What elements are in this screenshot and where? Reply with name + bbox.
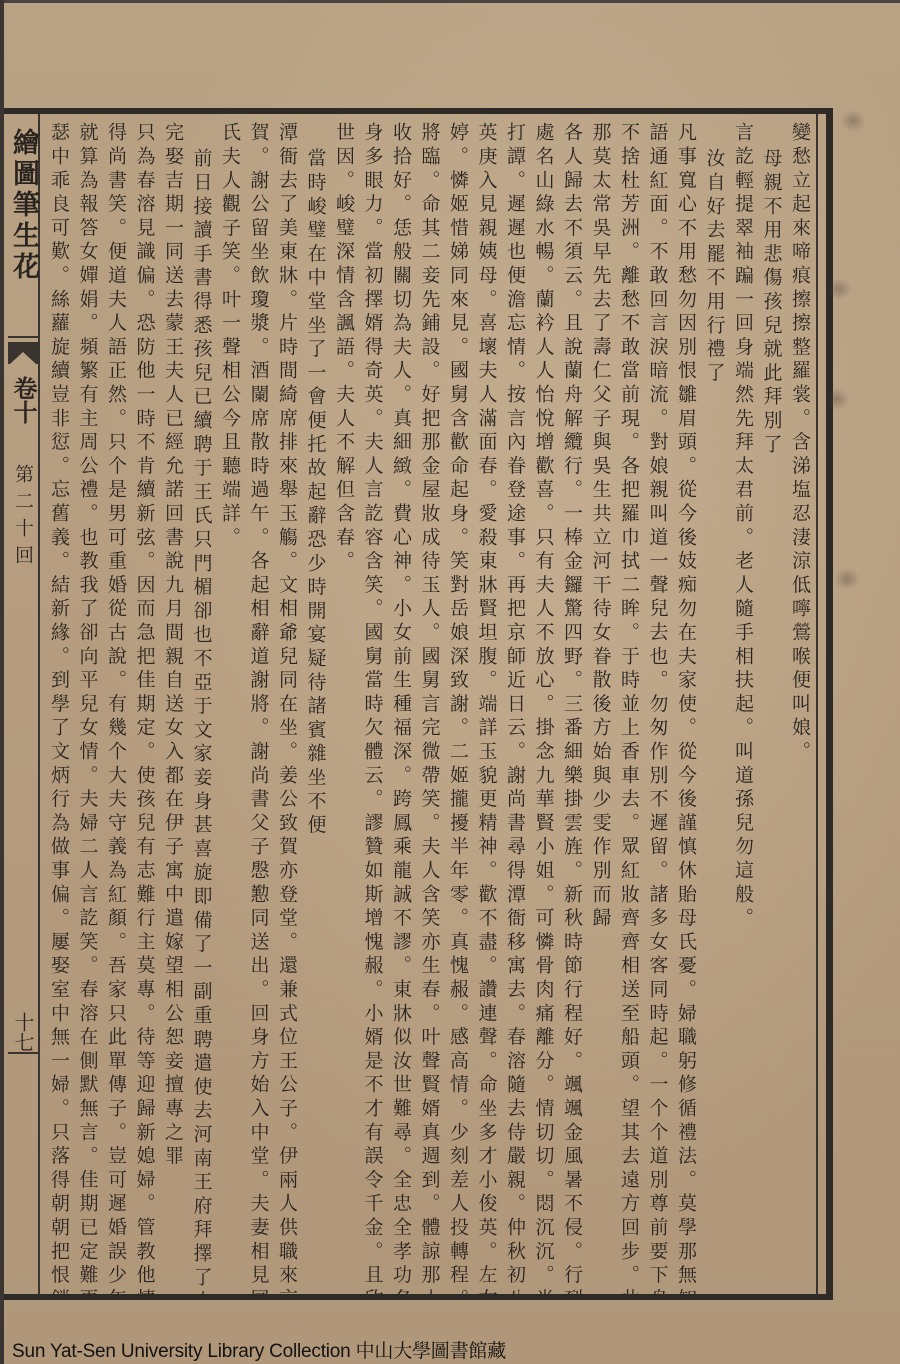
text-column: 變愁立起來啼痕擦擦整羅裳。含涕塩忍淒涼低嚀鶯喉便叫娘。 bbox=[786, 122, 815, 1294]
vertical-text-columns: 變愁立起來啼痕擦擦整羅裳。含涕塩忍淒涼低嚀鶯喉便叫娘。 母親不用悲傷孩兒就此拜別… bbox=[42, 122, 814, 1294]
text-column: 英庚入見親姨母。喜壞夫人滿面春。愛殺東牀賢坦腹。端詳玉貌更精神。歡不盡。讚連聲。… bbox=[472, 122, 501, 1294]
binding-crease bbox=[826, 278, 852, 300]
text-column: 瑟中乖良可歎。絲蘿旋續豈非愆。忘舊義。結新緣。到學了文炳行為做事偏。屢娶室中無一… bbox=[45, 122, 74, 1294]
text-column: 身多眼力。當初擇婿得奇英。夫人言訖容含笑。國舅當時欠體云。謬贊如斯增愧赧。小婿是… bbox=[358, 122, 387, 1294]
text-column: 收拾好。恁般關切為夫人。真細緻。費心神。小女前生種福深。跨鳳乘龍誠不謬。東牀似汝… bbox=[387, 122, 416, 1294]
text-column: 各人歸去不須云。且說蘭舟解纜行。一棒金鑼驚四野。三番細樂掛雲旌。新秋時節行程好。… bbox=[558, 122, 587, 1294]
book-title: 繪圖筆生花 bbox=[8, 128, 38, 283]
text-column: 處名山綠水暢。蘭衿人人怡悅增歡喜。只有夫人不放心。掛念九華賢小姐。可憐骨肉痛離分… bbox=[529, 122, 558, 1294]
text-column: 打譚。遲遲也便澹忘情。按言內眷登途事。再把京師近日云。謝尚書尋得潭衙移寓去。春溶… bbox=[501, 122, 530, 1294]
text-column: 言訖輕提翠袖蹁一回身端然先拜太君前。老人隨手相扶起。叫道孫兒勿這般。 bbox=[729, 122, 758, 1294]
text-column: 前日接讀手書得悉孩兒已續聘于王氏只門楣卻也不亞于文家妾身甚喜旋即備了一副重聘遣使… bbox=[187, 122, 216, 1294]
binding-crease bbox=[834, 568, 860, 590]
fishtail-margin-strip: 繪圖筆生花 卷十 第二十回 十七 bbox=[8, 114, 40, 1294]
text-column: 得尚書笑。便道夫人語正然。只个是男可重婚從古說。有幾个大夫守義為紅顏。吾家只此單… bbox=[102, 122, 131, 1294]
text-column: 語通紅面。不敢回言淚暗流。對娘親叫道一聲兒去也。勿匆作別不遲留。諸多女客同時起。… bbox=[643, 122, 672, 1294]
text-column: 母親不用悲傷孩兒就此拜別了 bbox=[757, 122, 786, 1294]
collection-caption: Sun Yat-Sen University Library Collectio… bbox=[12, 1336, 506, 1363]
text-column: 氏夫人觀子笑。叶一聲相公今且聽端詳。 bbox=[216, 122, 245, 1294]
text-column: 完娶吉期一同送去蒙王夫人已經允諾回書說九月間親自送女入都在伊子寓中遣嫁望相公恕妾… bbox=[159, 122, 188, 1294]
margin-divider bbox=[8, 1052, 38, 1054]
text-column: 不捨杜芳洲。離愁不敢當前現。各把羅巾拭二眸。于時並上香車去。眾紅妝齊齊相送至船頭… bbox=[615, 122, 644, 1294]
text-column: 將臨。命其二妾先鋪設。好把那金屋妝成待玉人。國舅言完微帶笑。夫人含笑亦生春。叶聲… bbox=[415, 122, 444, 1294]
binding-crease bbox=[824, 388, 850, 410]
page-top-edge bbox=[4, 0, 900, 3]
text-column: 汝自好去罷不用行禮了 bbox=[700, 122, 729, 1294]
frame-right-inner-line bbox=[816, 114, 818, 1294]
text-column: 那莫太常吳早先去了壽仁父子與吳生共立河干待女眷散後方始與少雯作別而歸 bbox=[586, 122, 615, 1294]
text-column: 潭衙去了美東牀。片時間綺席排來舉玉觴。文相爺兒同在坐。姜公致賀亦登堂。還兼式位王… bbox=[273, 122, 302, 1294]
text-column: 世因。峻璧深情含諷語。夫人不解但含春。 bbox=[330, 122, 359, 1294]
text-column: 當時峻璧在中堂坐了一會便托故起辭恐少時開宴疑待諸賓雜坐不便 bbox=[301, 122, 330, 1294]
text-column: 只為春溶見識偏。恐防他一時不肯續新弦。因而急把佳期定。使孩兒有志難行主莫專。待等… bbox=[130, 122, 159, 1294]
text-column: 就算為報答女嬋娟。頻繁有主周公禮。也教我了卻向平兒女情。夫婦二人言訖笑。春溶在側… bbox=[73, 122, 102, 1294]
book-page: 繪圖筆生花 卷十 第二十回 十七 變愁立起來啼痕擦擦整羅裳。含涕塩忍淒涼低嚀鶯喉… bbox=[0, 0, 900, 1364]
margin-divider bbox=[8, 336, 38, 338]
chapter-label: 第二十回 bbox=[8, 464, 38, 572]
volume-label: 卷十 bbox=[8, 376, 38, 424]
text-column: 凡事寬心不用愁勿因別恨雛眉頭。從今後妓痴勿在夫家使。從今後謹慎休貽母氏憂。婦職躬… bbox=[672, 122, 701, 1294]
page-number: 十七 bbox=[8, 1012, 38, 1052]
fishtail-mark-icon bbox=[8, 342, 38, 364]
text-column: 賀。謝公留坐飲瓊漿。酒闌席散時過午。各起相辭道謝將。謝尚書父子慇懃同送出。回身方… bbox=[244, 122, 273, 1294]
binding-crease bbox=[840, 110, 866, 132]
text-column: 婷。憐姬惜娣同來見。國舅含歡命起身。笑對岳娘深致謝。二姬攏擾半年零。真愧赧。感高… bbox=[444, 122, 473, 1294]
